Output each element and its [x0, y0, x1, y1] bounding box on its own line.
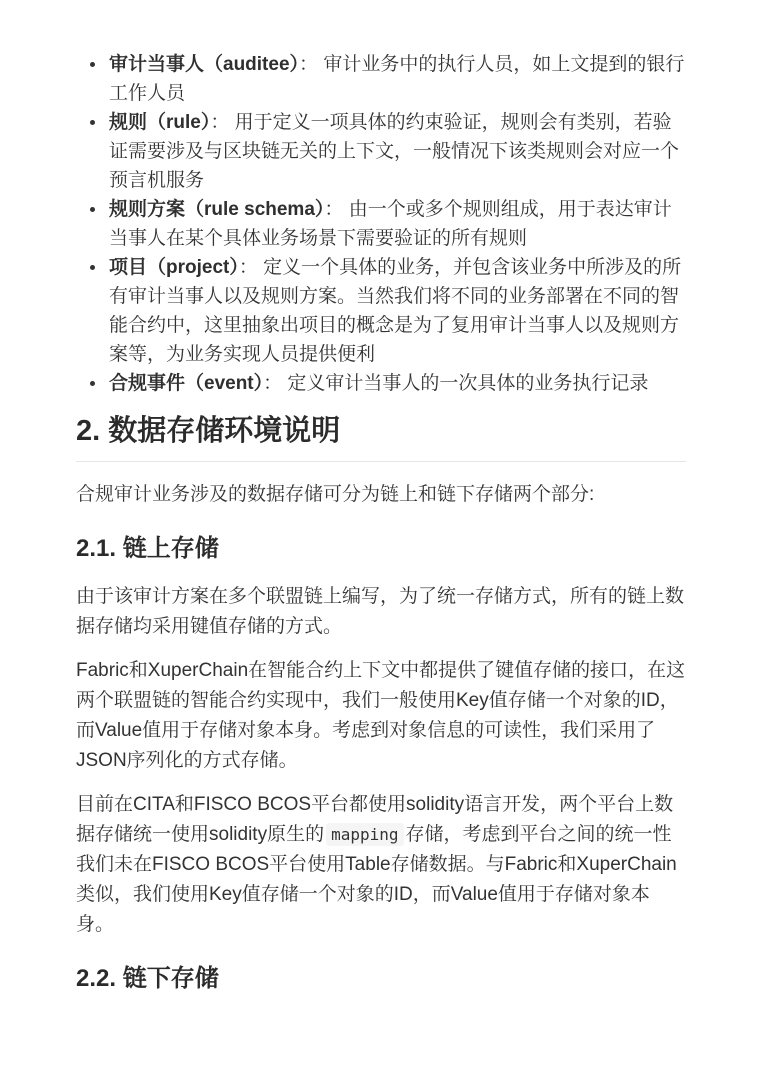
term-separator: ： — [239, 257, 263, 278]
inline-code-mapping: mapping — [326, 823, 403, 846]
section-2-intro-paragraph: 合规审计业务涉及的数据存储可分为链上和链下存储两个部分: — [76, 480, 686, 510]
term-separator: ： — [299, 54, 323, 75]
term-separator: ： — [324, 199, 348, 220]
subsection-2-1-heading: 2.1. 链上存储 — [76, 534, 686, 564]
on-chain-paragraph-1: 由于该审计方案在多个联盟链上编写，为了统一存储方式，所有的链上数据存储均采用键值… — [76, 582, 686, 642]
term-label: 规则（rule） — [109, 112, 210, 133]
subsection-2-2-heading: 2.2. 链下存储 — [76, 964, 686, 994]
term-label: 规则方案（rule schema） — [109, 199, 324, 220]
term-label: 合规事件（event） — [109, 373, 263, 394]
term-item-rule-schema: 规则方案（rule schema）： 由一个或多个规则组成，用于表达审计当事人在… — [107, 195, 686, 253]
term-separator: ： — [210, 112, 234, 133]
on-chain-paragraph-3: 目前在CITA和FISCO BCOS平台都使用solidity语言开发，两个平台… — [76, 790, 686, 940]
term-separator: ： — [263, 373, 287, 394]
term-item-rule: 规则（rule）： 用于定义一项具体的约束验证，规则会有类别，若验证需要涉及与区… — [107, 108, 686, 195]
term-item-event: 合规事件（event）： 定义审计当事人的一次具体的业务执行记录 — [107, 369, 686, 398]
on-chain-paragraph-2: Fabric和XuperChain在智能合约上下文中都提供了键值存储的接口，在这… — [76, 656, 686, 776]
section-2-heading: 2. 数据存储环境说明 — [76, 414, 686, 462]
term-item-project: 项目（project）： 定义一个具体的业务，并包含该业务中所涉及的所有审计当事… — [107, 253, 686, 369]
document-page: 审计当事人（auditee）： 审计业务中的执行人员，如上文提到的银行工作人员 … — [0, 0, 760, 1074]
term-label: 项目（project） — [109, 257, 239, 278]
term-description: 定义审计当事人的一次具体的业务执行记录 — [287, 373, 648, 394]
term-label: 审计当事人（auditee） — [109, 54, 299, 75]
term-item-auditee: 审计当事人（auditee）： 审计业务中的执行人员，如上文提到的银行工作人员 — [107, 50, 686, 108]
term-definition-list: 审计当事人（auditee）： 审计业务中的执行人员，如上文提到的银行工作人员 … — [76, 50, 686, 398]
